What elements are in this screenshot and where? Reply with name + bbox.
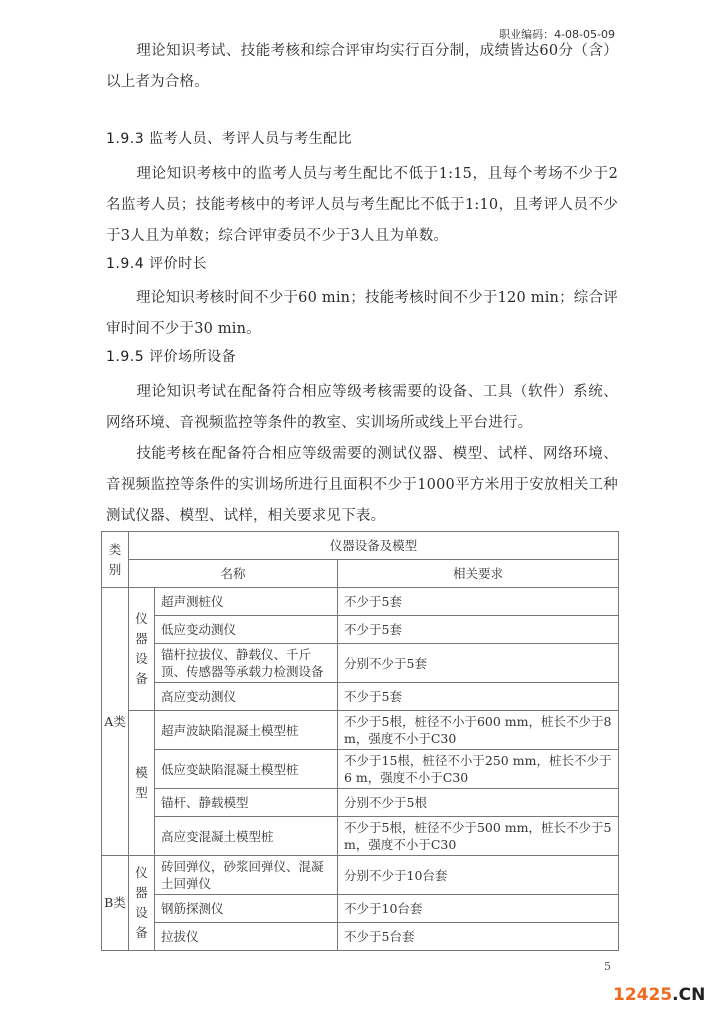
item-name: 高应变动测仪 — [155, 683, 338, 711]
item-name: 低应变动测仪 — [155, 616, 338, 644]
table-row: 拉拔仪 不少于5台套 — [102, 923, 619, 951]
watermark-number: 12425 — [613, 985, 672, 1005]
equipment-table: 类别 仪器设备及模型 名称 相关要求 A类 仪器设备 超声测桩仪 不少于5套 低… — [101, 531, 619, 951]
item-name: 砖回弹仪，砂浆回弹仪、混凝土回弹仪 — [155, 856, 338, 895]
paragraph-skill-venue: 技能考核在配备符合相应等级需要的测试仪器、模型、试样、网络环境、音视频监控等条件… — [106, 439, 618, 532]
paragraph-staff-ratio: 理论知识考核中的监考人员与考生配比不低于1:15，且每个考场不少于2名监考人员；… — [106, 159, 618, 252]
paragraph-theory-venue: 理论知识考试在配备符合相应等级考核需要的设备、工具（软件）系统、网络环境、音视频… — [106, 377, 618, 439]
table-row: 锚杆、静载模型 分别不少于5根 — [102, 789, 619, 817]
section-heading-1-9-3: 1.9.3 监考人员、考评人员与考生配比 — [106, 128, 352, 148]
item-name: 钢筋探测仪 — [155, 895, 338, 923]
table-row: 锚杆拉拔仪、静载仪、千斤顶、传感器等承载力检测设备 分别不少于5套 — [102, 644, 619, 683]
class-a-label: A类 — [102, 588, 129, 856]
table-row: 高应变混凝土模型桩 不少于5根，桩径不少于500 mm，桩长不少于5 m，强度不… — [102, 817, 619, 856]
paragraph-text: 理论知识考试、技能考核和综合评审均实行百分制，成绩皆达60分（含）以上者为合格。 — [106, 43, 618, 90]
item-name: 锚杆、静载模型 — [155, 789, 338, 817]
a-instruments-label: 仪器设备 — [129, 588, 155, 711]
item-requirement: 不少于5根，桩径不少于500 mm，桩长不少于5 m，强度不小于C30 — [338, 817, 619, 856]
item-requirement: 不少于5套 — [338, 588, 619, 616]
watermark-domain: .CN — [672, 985, 705, 1005]
item-name: 超声波缺陷混凝土模型桩 — [155, 711, 338, 750]
table-row: A类 仪器设备 超声测桩仪 不少于5套 — [102, 588, 619, 616]
section-heading-1-9-5: 1.9.5 评价场所设备 — [106, 346, 236, 366]
paragraph-text: 理论知识考核时间不少于60 min；技能考核时间不少于120 min；综合评审时… — [106, 290, 618, 337]
paragraph-duration: 理论知识考核时间不少于60 min；技能考核时间不少于120 min；综合评审时… — [106, 283, 618, 345]
item-requirement: 不少于5台套 — [338, 923, 619, 951]
watermark-logo: 12425.CN — [613, 985, 705, 1005]
paragraph-text: 理论知识考试在配备符合相应等级考核需要的设备、工具（软件）系统、网络环境、音视频… — [106, 384, 618, 431]
item-requirement: 分别不少于5套 — [338, 644, 619, 683]
class-b-label: B类 — [102, 856, 129, 951]
header-group: 仪器设备及模型 — [129, 532, 619, 560]
item-requirement: 不少于5套 — [338, 683, 619, 711]
item-name: 高应变混凝土模型桩 — [155, 817, 338, 856]
table-row: 低应变缺陷混凝土模型桩 不少于15根，桩径不小于250 mm，桩长不少于6 m，… — [102, 750, 619, 789]
item-name: 拉拔仪 — [155, 923, 338, 951]
item-name: 低应变缺陷混凝土模型桩 — [155, 750, 338, 789]
item-requirement: 分别不少于10台套 — [338, 856, 619, 895]
item-name: 锚杆拉拔仪、静载仪、千斤顶、传感器等承载力检测设备 — [155, 644, 338, 683]
section-heading-1-9-4: 1.9.4 评价时长 — [106, 253, 207, 273]
item-name: 超声测桩仪 — [155, 588, 338, 616]
header-requirement: 相关要求 — [338, 560, 619, 588]
paragraph-text: 理论知识考核中的监考人员与考生配比不低于1:15，且每个考场不少于2名监考人员；… — [106, 166, 618, 244]
item-requirement: 不少于15根，桩径不小于250 mm，桩长不少于6 m，强度不小于C30 — [338, 750, 619, 789]
header-category: 类别 — [102, 532, 129, 588]
table-row: B类 仪器设备 砖回弹仪，砂浆回弹仪、混凝土回弹仪 分别不少于10台套 — [102, 856, 619, 895]
item-requirement: 不少于5根，桩径不小于600 mm，桩长不少于8 m，强度不小于C30 — [338, 711, 619, 750]
a-models-label: 模型 — [129, 711, 155, 856]
item-requirement: 不少于5套 — [338, 616, 619, 644]
table-row: 高应变动测仪 不少于5套 — [102, 683, 619, 711]
table-row: 低应变动测仪 不少于5套 — [102, 616, 619, 644]
b-instruments-label: 仪器设备 — [129, 856, 155, 951]
table-row: 钢筋探测仪 不少于10台套 — [102, 895, 619, 923]
header-name: 名称 — [129, 560, 338, 588]
table-row: 模型 超声波缺陷混凝土模型桩 不少于5根，桩径不小于600 mm，桩长不少于8 … — [102, 711, 619, 750]
page-number: 5 — [604, 960, 611, 973]
paragraph-text: 技能考核在配备符合相应等级需要的测试仪器、模型、试样、网络环境、音视频监控等条件… — [106, 446, 618, 524]
item-requirement: 分别不少于5根 — [338, 789, 619, 817]
paragraph-passing-score: 理论知识考试、技能考核和综合评审均实行百分制，成绩皆达60分（含）以上者为合格。 — [106, 36, 618, 98]
item-requirement: 不少于10台套 — [338, 895, 619, 923]
